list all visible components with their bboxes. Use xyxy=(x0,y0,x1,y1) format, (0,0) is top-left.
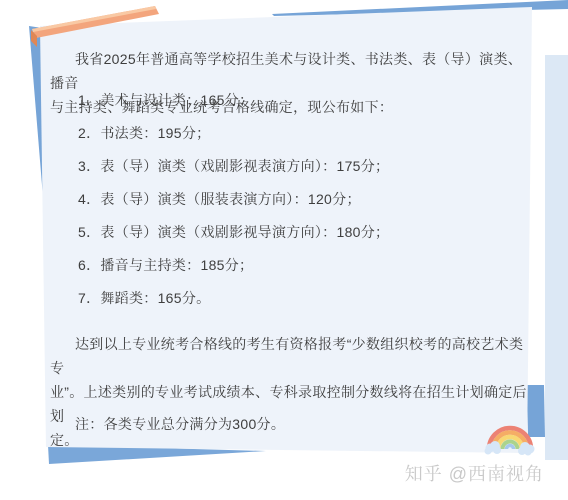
score-item-dance: 7．舞蹈类：165分。 xyxy=(78,288,518,308)
announcement-content: 我省2025年普通高等学校招生美术与设计类、书法类、表（导）演类、播音 与主持类… xyxy=(0,0,568,500)
announcement-page: 我省2025年普通高等学校招生美术与设计类、书法类、表（导）演类、播音 与主持类… xyxy=(0,0,568,500)
score-list: 1．美术与设计类：165分； 2．书法类：195分； 3．表（导）演类（戏剧影视… xyxy=(78,90,518,321)
watermark-source: 知乎 @西南视角 xyxy=(405,460,544,486)
note-paragraph: 注：各类专业总分满分为300分。 xyxy=(50,412,530,436)
score-item-acting-drama: 3．表（导）演类（戏剧影视表演方向）：175分； xyxy=(78,156,518,176)
score-item-calligraphy: 2．书法类：195分； xyxy=(78,123,518,143)
score-item-directing: 5．表（导）演类（戏剧影视导演方向）：180分； xyxy=(78,222,518,242)
rainbow-icon xyxy=(484,420,536,456)
score-item-fashion-performance: 4．表（导）演类（服装表演方向）：120分； xyxy=(78,189,518,209)
score-item-art-design: 1．美术与设计类：165分； xyxy=(78,90,518,110)
score-item-broadcasting: 6．播音与主持类：185分； xyxy=(78,255,518,275)
